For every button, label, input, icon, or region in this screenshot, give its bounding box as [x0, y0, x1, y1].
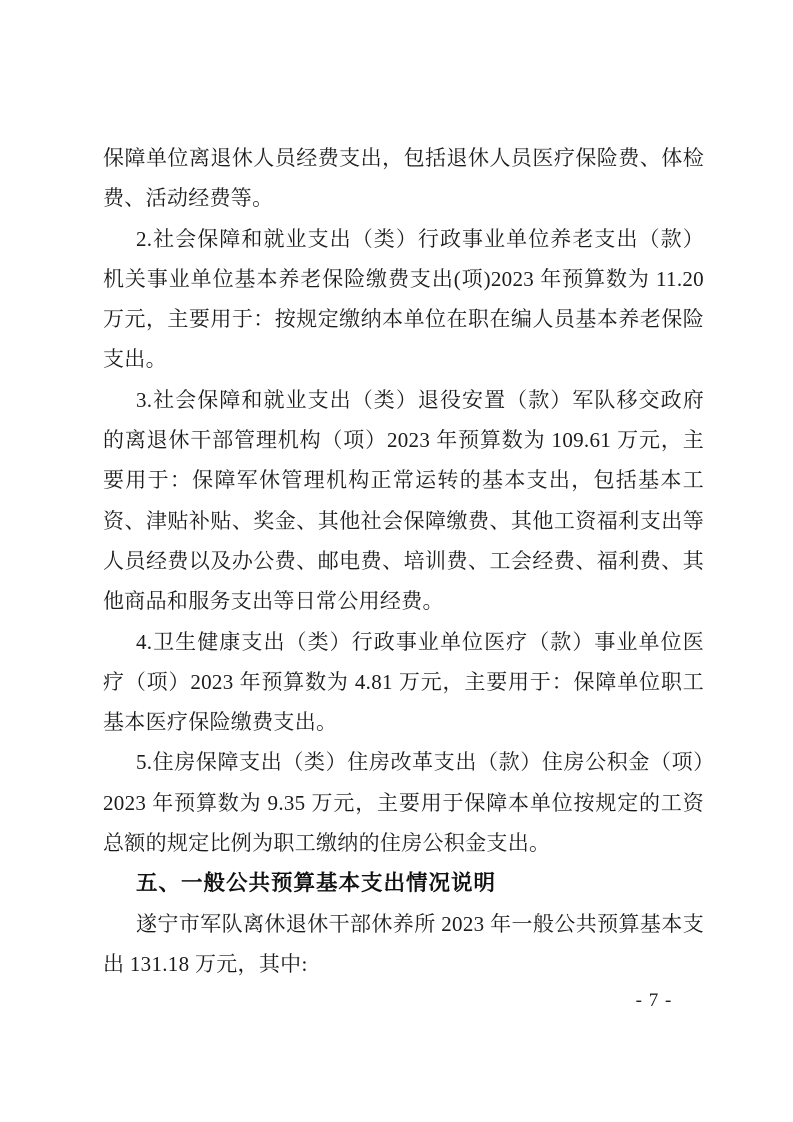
paragraph-continuation: 保障单位离退休人员经费支出，包括退休人员医疗保险费、体检费、活动经费等。: [103, 138, 704, 219]
paragraph-item-3-veteran-resettlement: 3.社会保障和就业支出（类）退役安置（款）军队移交政府的离退休干部管理机构（项）…: [103, 380, 704, 622]
paragraph-item-5-housing: 5.住房保障支出（类）住房改革支出（款）住房公积金（项）2023 年预算数为 9…: [103, 742, 704, 863]
section-heading-basic-expenditure: 五、一般公共预算基本支出情况说明: [103, 863, 704, 903]
document-page: 保障单位离退休人员经费支出，包括退休人员医疗保险费、体检费、活动经费等。 2.社…: [0, 0, 793, 1122]
page-number: - 7 -: [608, 990, 700, 1012]
paragraph-item-2-pension: 2.社会保障和就业支出（类）行政事业单位养老支出（款）机关事业单位基本养老保险缴…: [103, 219, 704, 380]
paragraph-item-4-health: 4.卫生健康支出（类）行政事业单位医疗（款）事业单位医疗（项）2023 年预算数…: [103, 622, 704, 743]
paragraph-summary: 遂宁市军队离休退休干部休养所 2023 年一般公共预算基本支出 131.18 万…: [103, 904, 704, 985]
document-body: 保障单位离退休人员经费支出，包括退休人员医疗保险费、体检费、活动经费等。 2.社…: [103, 138, 704, 984]
